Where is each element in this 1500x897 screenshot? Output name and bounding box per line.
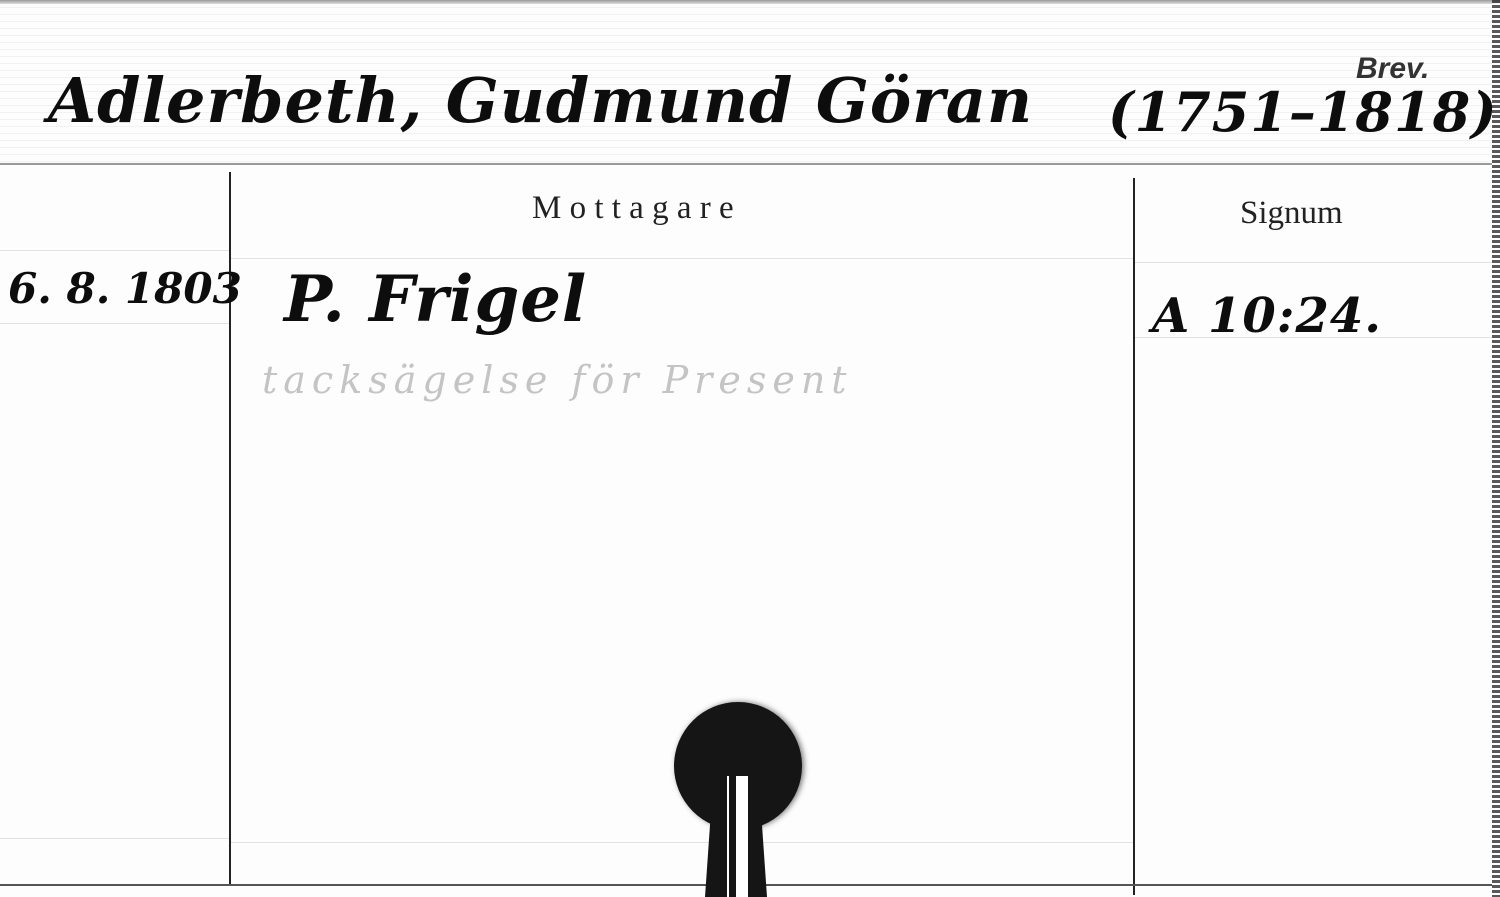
ruled-line	[231, 842, 1133, 843]
ruled-line	[231, 258, 1133, 259]
heading-years: (1751–1818)	[1108, 80, 1498, 144]
entry-date: 6. 8. 1803	[8, 264, 242, 313]
index-card: Adlerbeth, Gudmund Göran (1751–1818) Bre…	[0, 0, 1500, 897]
heading-name: Adlerbeth, Gudmund Göran	[48, 64, 1033, 137]
ruled-line	[1135, 262, 1492, 263]
card-top-edge	[0, 0, 1500, 4]
ruled-line	[0, 250, 229, 251]
entry-recipient: P. Frigel	[284, 262, 587, 337]
signum-column-header: Signum	[1240, 195, 1343, 232]
card-right-edge	[1492, 0, 1500, 897]
signum-column-divider	[1133, 178, 1135, 895]
ruled-line	[0, 323, 229, 324]
header-rule	[0, 163, 1492, 165]
entry-signum: A 10:24.	[1152, 288, 1382, 344]
scan-artifact	[727, 776, 729, 897]
entry-note-pencil: tacksägelse för Present	[262, 358, 853, 402]
ruled-line	[0, 838, 229, 839]
recipient-column-header: M o t t a g a r e	[532, 190, 734, 227]
document-type-label: Brev.	[1356, 52, 1429, 86]
scan-artifact	[736, 776, 748, 897]
